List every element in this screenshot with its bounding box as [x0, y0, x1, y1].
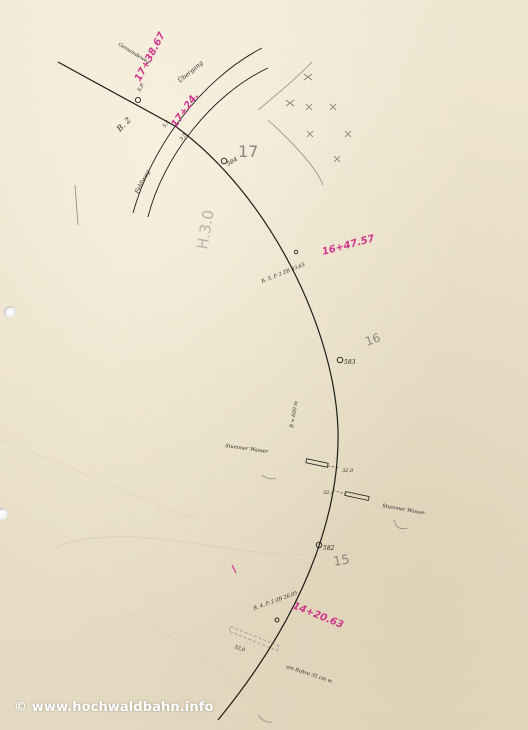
culvert-right-offset: 32,4 — [323, 490, 334, 496]
magenta-mark — [232, 565, 236, 573]
chainage-16-47-57: 16+47.57 — [321, 233, 376, 258]
station-circle-583 — [337, 357, 343, 363]
sheet-code-label: H.3.0 — [193, 209, 218, 251]
paper-crease — [0, 440, 200, 520]
pencil-stroke — [258, 715, 272, 722]
paper-crease — [120, 610, 250, 705]
km-marker-15: 15 — [332, 552, 351, 570]
offset-right-label: 3,5 — [179, 132, 188, 142]
culvert-right-label: Stummer Wasser — [382, 503, 426, 517]
culvert-left-icon — [306, 459, 328, 467]
culvert-left-offset: 32,0 — [342, 468, 354, 474]
survey-drawing: Gemeindeweg Übergang Feldweg B. 2 S.P. 5… — [0, 0, 528, 730]
pencil-crosses — [286, 74, 351, 162]
station-circle — [275, 618, 279, 622]
culvert-left-label: Stummer Wasser — [225, 443, 269, 455]
railway-alignment-line — [58, 62, 338, 720]
radius-label: R = 600 m — [289, 400, 300, 429]
copyright-watermark: © www.hochwaldbahn.info — [14, 700, 213, 715]
station-b2-label: B. 2 — [114, 116, 132, 134]
station-583-label: 583 — [344, 359, 356, 366]
chainage-14-20-63: 14+20.63 — [291, 601, 345, 631]
culvert-right-dash — [333, 490, 345, 494]
station-582-label: 582 — [323, 545, 335, 552]
station-circle — [135, 97, 140, 102]
chainage-17-24: 17+24. — [169, 91, 201, 130]
km-marker-17: 17 — [238, 142, 258, 161]
station-circle — [294, 250, 298, 254]
road-edge-outer — [133, 48, 262, 213]
km-marker-16: 16 — [363, 330, 382, 348]
pencil-stroke — [75, 185, 78, 225]
pencil-stroke — [262, 475, 276, 479]
culvert-left-dash — [328, 466, 340, 468]
pencil-stroke — [268, 120, 323, 185]
pipe-label: ein Rohre 35 cm w. — [285, 664, 334, 685]
pipe-offset-label: 32,0 — [233, 644, 246, 653]
pencil-stroke — [394, 520, 408, 529]
paper-crease — [60, 537, 330, 556]
culvert-right-icon — [345, 492, 369, 501]
ubergang-label: Übergang — [177, 60, 205, 85]
feldweg-label: Feldweg — [133, 169, 152, 196]
